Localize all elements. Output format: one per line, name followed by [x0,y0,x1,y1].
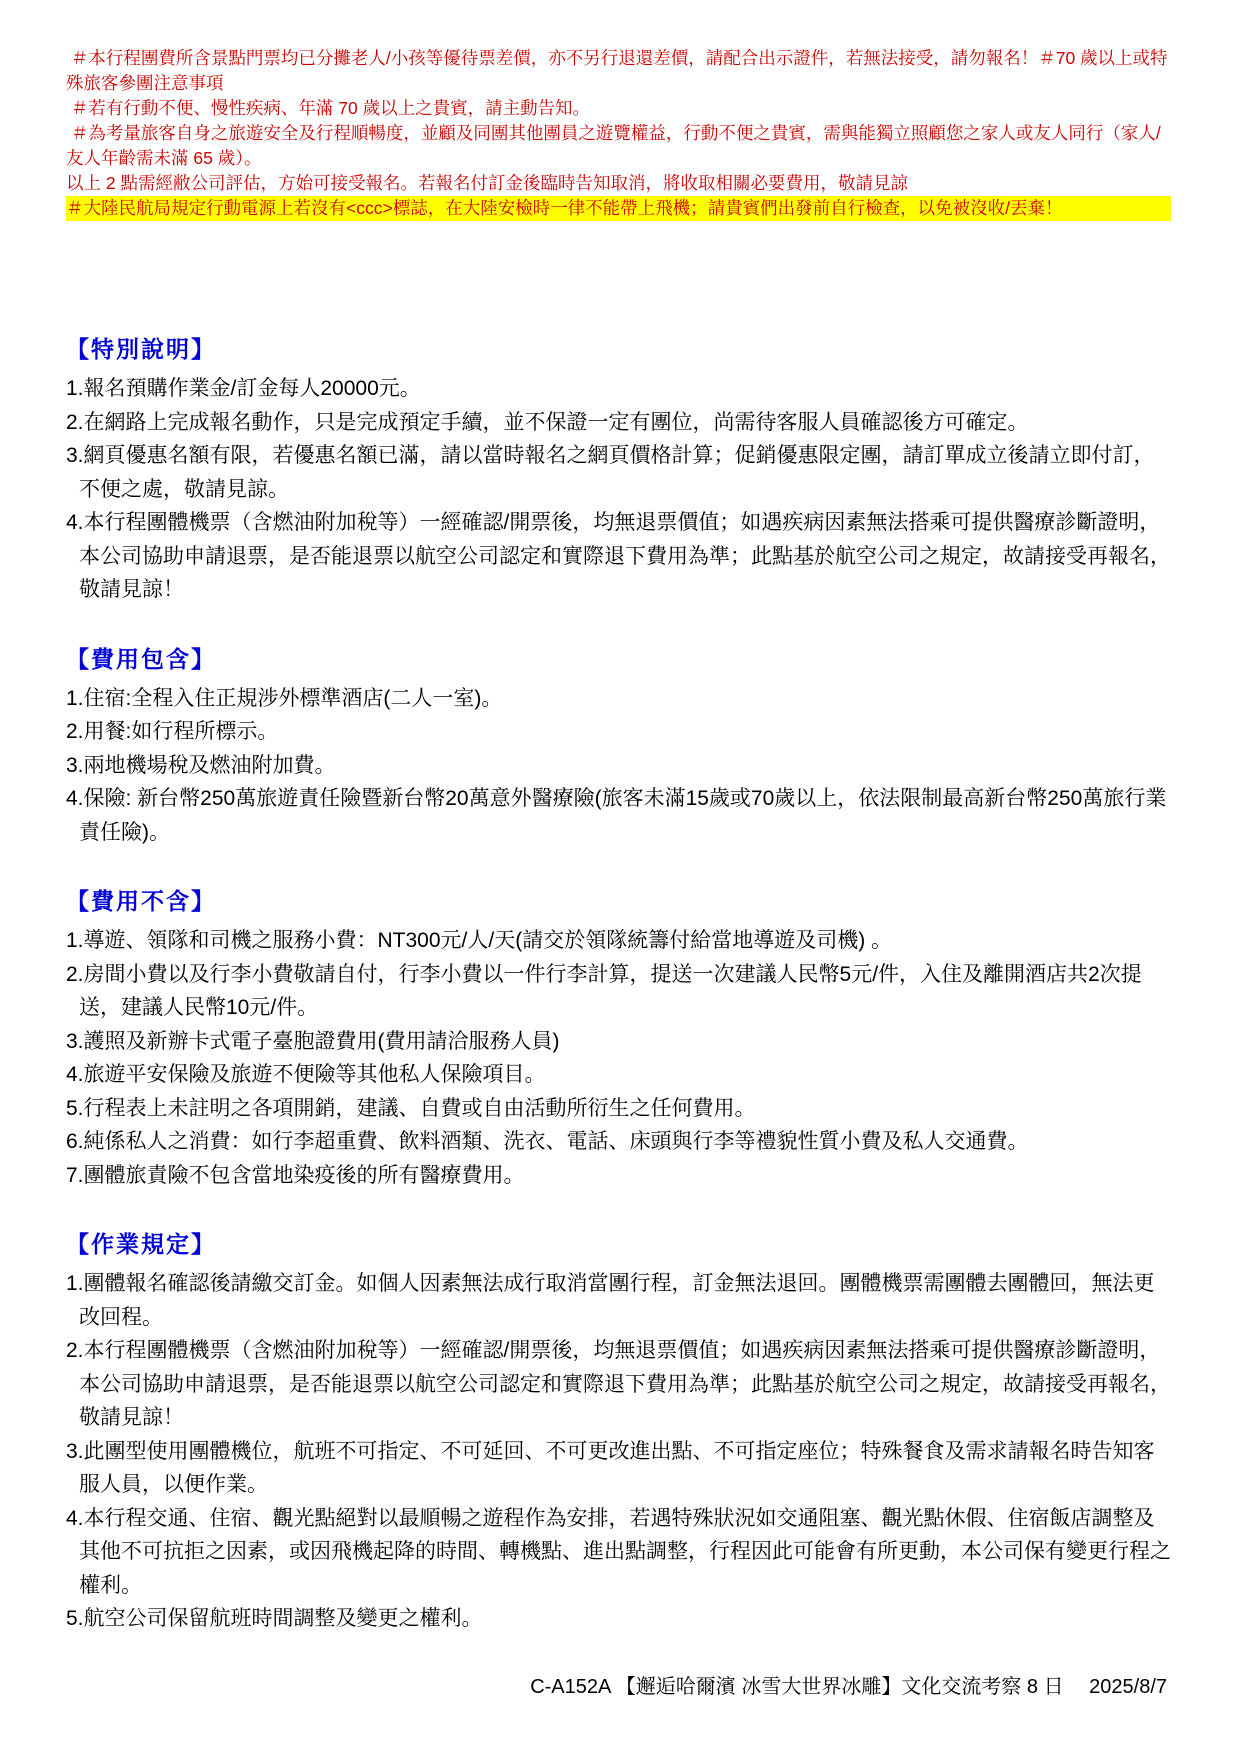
section-fee-included: 【費用包含】 1.住宿:全程入住正規涉外標準酒店(二人一室)。 2.用餐:如行程… [66,643,1171,850]
notice-line: 以上 2 點需經敝公司評估，方始可接受報名。若報名付訂金後臨時告知取消，將收取相… [66,171,1171,196]
list-item: 4.保險: 新台幣250萬旅遊責任險暨新台幣20萬意外醫療險(旅客未滿15歲或7… [66,782,1171,849]
top-notice-block: ＃本行程團費所含景點門票均已分攤老人/小孩等優待票差價，亦不另行退還差價，請配合… [66,46,1171,221]
list-item: 3.兩地機場稅及燃油附加費。 [66,749,1171,783]
list-item: 4.本行程交通、住宿、觀光點絕對以最順暢之遊程作為安排，若遇特殊狀況如交通阻塞、… [66,1502,1171,1603]
list-item: 2.在網路上完成報名動作，只是完成預定手續，並不保證一定有團位，尚需待客服人員確… [66,406,1171,440]
list-item: 3.網頁優惠名額有限，若優惠名額已滿，請以當時報名之網頁價格計算；促銷優惠限定團… [66,439,1171,506]
document-footer-title: C-A152A 【邂逅哈爾濱 冰雪大世界冰雕】文化交流考察 8 日 2025/8… [66,1672,1171,1702]
list-item: 7.團體旅責險不包含當地染疫後的所有醫療費用。 [66,1159,1171,1193]
list-item: 1.導遊、領隊和司機之服務小費：NT300元/人/天(請交於領隊統籌付給當地導遊… [66,924,1171,958]
document-page: ＃本行程團費所含景點門票均已分攤老人/小孩等優待票差價，亦不另行退還差價，請配合… [0,0,1241,1755]
section-heading: 【特別說明】 [66,333,1171,365]
list-item: 2.用餐:如行程所標示。 [66,715,1171,749]
list-item: 4.旅遊平安保險及旅遊不便險等其他私人保險項目。 [66,1058,1171,1092]
list-item: 3.護照及新辦卡式電子臺胞證費用(費用請洽服務人員) [66,1025,1171,1059]
section-fee-excluded: 【費用不含】 1.導遊、領隊和司機之服務小費：NT300元/人/天(請交於領隊統… [66,885,1171,1192]
list-item: 2.房間小費以及行李小費敬請自付，行李小費以一件行李計算，提送一次建議人民幣5元… [66,958,1171,1025]
list-item: 1.團體報名確認後請繳交訂金。如個人因素無法成行取消當團行程，訂金無法退回。團體… [66,1267,1171,1334]
list-item: 5.行程表上未註明之各項開銷，建議、自費或自由活動所衍生之任何費用。 [66,1092,1171,1126]
notice-line: ＃為考量旅客自身之旅遊安全及行程順暢度，並顧及同團其他團員之遊覽權益，行動不便之… [66,121,1171,171]
list-item: 5.航空公司保留航班時間調整及變更之權利。 [66,1602,1171,1636]
list-item: 2.本行程團體機票（含燃油附加稅等）一經確認/開票後，均無退票價值；如遇疾病因素… [66,1334,1171,1435]
section-heading: 【費用不含】 [66,885,1171,917]
section-operation-rules: 【作業規定】 1.團體報名確認後請繳交訂金。如個人因素無法成行取消當團行程，訂金… [66,1228,1171,1636]
list-item: 4.本行程團體機票（含燃油附加稅等）一經確認/開票後，均無退票價值；如遇疾病因素… [66,506,1171,607]
list-item: 6.純係私人之消費：如行李超重費、飲料酒類、洗衣、電話、床頭與行李等禮貌性質小費… [66,1125,1171,1159]
notice-line-highlighted: ＃大陸民航局規定行動電源上若沒有<ccc>標誌，在大陸安檢時一律不能帶上飛機；請… [66,196,1171,221]
section-special-notes: 【特別說明】 1.報名預購作業金/訂金每人20000元。 2.在網路上完成報名動… [66,333,1171,607]
section-heading: 【作業規定】 [66,1228,1171,1260]
list-item: 1.住宿:全程入住正規涉外標準酒店(二人一室)。 [66,682,1171,716]
notice-line: ＃本行程團費所含景點門票均已分攤老人/小孩等優待票差價，亦不另行退還差價，請配合… [66,46,1171,96]
list-item: 1.報名預購作業金/訂金每人20000元。 [66,372,1171,406]
section-heading: 【費用包含】 [66,643,1171,675]
list-item: 3.此團型使用團體機位，航班不可指定、不可延回、不可更改進出點、不可指定座位；特… [66,1435,1171,1502]
notice-line: ＃若有行動不便、慢性疾病、年滿 70 歲以上之貴賓，請主動告知。 [66,96,1171,121]
